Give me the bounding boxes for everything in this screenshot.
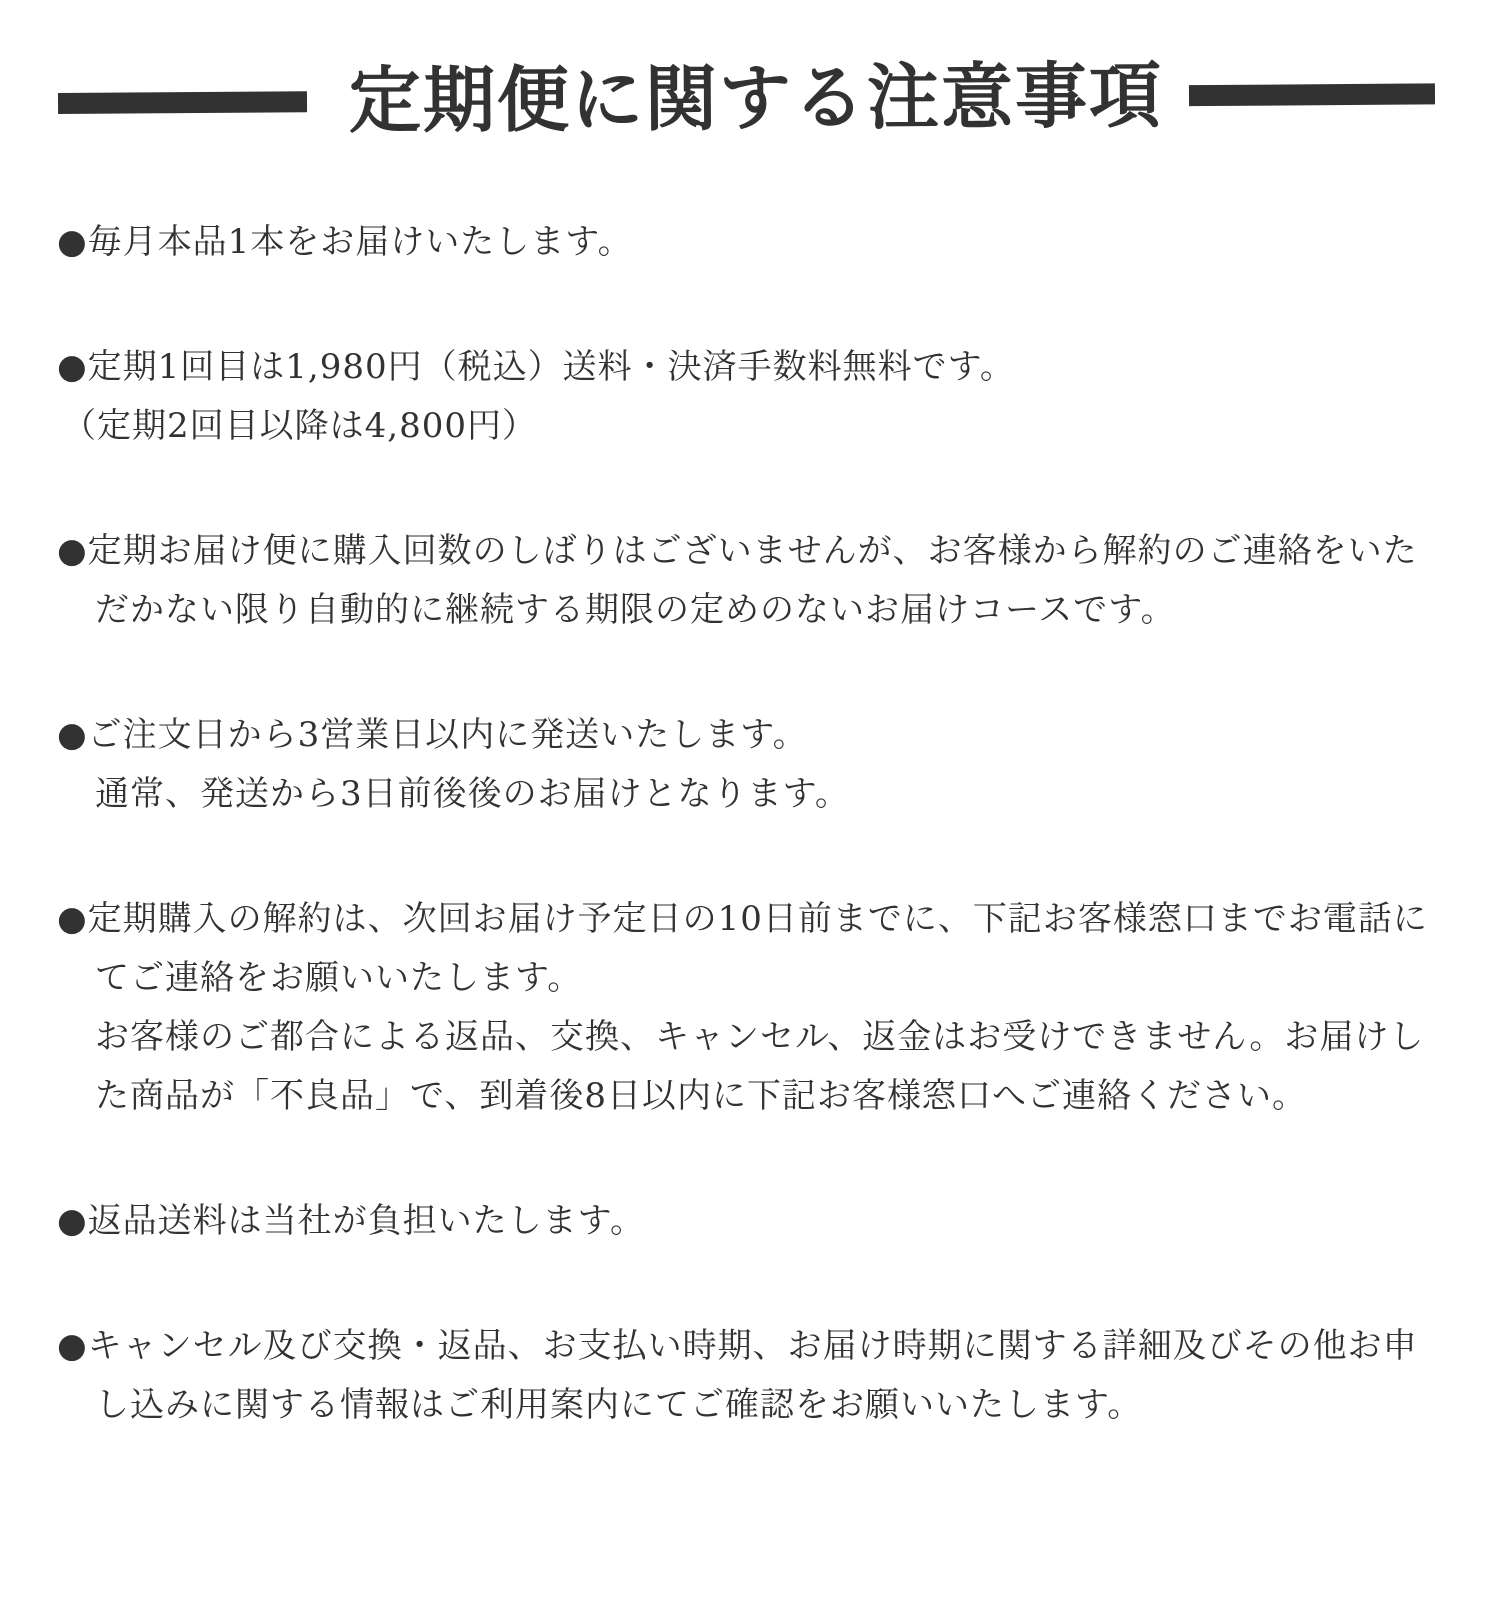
bullet-icon: ● — [57, 222, 88, 262]
title-bar-right-decoration — [1189, 83, 1435, 106]
note-item: ●毎月本品1本をお届けいたします。 — [95, 213, 1500, 272]
note-item: ●ご注文日から3営業日以内に発送いたします。通常、発送から3日前後後のお届けとな… — [95, 706, 1500, 824]
note-line: てご連絡をお願いいたします。 — [95, 958, 582, 998]
note-line: だかない限り自動的に継続する期限の定めのないお届けコースです。 — [95, 590, 1176, 630]
note-line: キャンセル及び交換・返品、お支払い時期、お届け時期に関する詳細及びその他お申 — [88, 1326, 1418, 1366]
note-item: ●定期1回目は1,980円（税込）送料・決済手数料無料です。（定期2回目以降は4… — [95, 338, 1500, 456]
bullet-icon: ● — [57, 531, 88, 571]
note-item: ●キャンセル及び交換・返品、お支払い時期、お届け時期に関する詳細及びその他お申し… — [95, 1317, 1500, 1435]
note-line: 通常、発送から3日前後後のお届けとなります。 — [95, 774, 850, 814]
note-item: ●定期お届け便に購入回数のしばりはございませんが、お客様から解約のご連絡をいただ… — [95, 522, 1500, 640]
note-line: 定期購入の解約は、次回お届け予定日の10日前までに、下記お客様窓口までお電話に — [88, 899, 1428, 939]
page-title: 定期便に関する注意事項 — [349, 55, 1164, 141]
note-line: 定期1回目は1,980円（税込）送料・決済手数料無料です。 — [88, 347, 1015, 387]
bullet-icon: ● — [57, 715, 88, 755]
note-line: た商品が「不良品」で、到着後8日以内に下記お客様窓口へご連絡ください。 — [95, 1076, 1307, 1116]
bullet-icon: ● — [57, 899, 88, 939]
note-item: ●返品送料は当社が負担いたします。 — [95, 1192, 1500, 1251]
note-line: ご注文日から3営業日以内に発送いたします。 — [88, 715, 808, 755]
note-item: ●定期購入の解約は、次回お届け予定日の10日前までに、下記お客様窓口までお電話に… — [95, 890, 1500, 1126]
note-line: 定期お届け便に購入回数のしばりはございませんが、お客様から解約のご連絡をいた — [88, 531, 1418, 571]
bullet-icon: ● — [57, 1326, 88, 1366]
note-line: 毎月本品1本をお届けいたします。 — [88, 222, 633, 262]
bullet-icon: ● — [57, 347, 88, 387]
bullet-icon: ● — [57, 1201, 88, 1241]
note-line: お客様のご都合による返品、交換、キャンセル、返金はお受けできません。お届けし — [95, 1017, 1424, 1057]
notes-list: ●毎月本品1本をお届けいたします。●定期1回目は1,980円（税込）送料・決済手… — [0, 213, 1500, 1435]
note-line: 返品送料は当社が負担いたします。 — [88, 1201, 645, 1241]
title-bar-left-decoration — [58, 91, 307, 114]
note-line: し込みに関する情報はご利用案内にてご確認をお願いいたします。 — [95, 1385, 1142, 1425]
title-banner: 定期便に関する注意事項 — [58, 53, 1500, 143]
note-line: （定期2回目以降は4,800円） — [62, 406, 537, 446]
page: 定期便に関する注意事項 ●毎月本品1本をお届けいたします。●定期1回目は1,98… — [0, 0, 1500, 1600]
